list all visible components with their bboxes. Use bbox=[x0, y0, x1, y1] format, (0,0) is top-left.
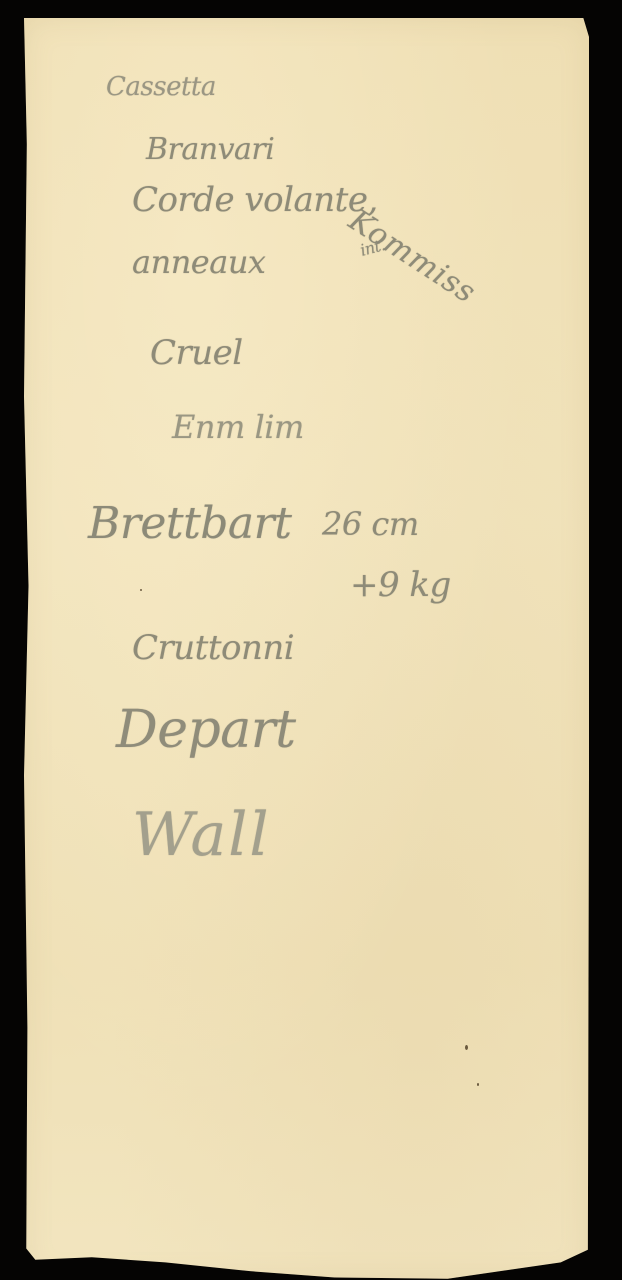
paper-speck bbox=[477, 1083, 479, 1086]
handwritten-line-enm-lim: Enm lim bbox=[172, 408, 304, 446]
handwritten-line-cruttonni: Cruttonni bbox=[132, 628, 294, 668]
paper-speck bbox=[465, 1045, 468, 1050]
handwritten-line-wall: Wall bbox=[132, 800, 271, 870]
handwritten-measure-kg: +9 kg bbox=[350, 565, 451, 605]
paper-speck bbox=[140, 589, 142, 591]
handwritten-line-cruel: Cruel bbox=[150, 333, 243, 373]
handwritten-line-branvari: Branvari bbox=[146, 132, 274, 167]
handwritten-line-corde-volante: Corde volante, bbox=[132, 180, 378, 220]
handwritten-line-depart: Depart bbox=[116, 700, 296, 760]
handwritten-measure-cm: 26 cm bbox=[322, 505, 419, 543]
handwritten-line-cassetta: Cassetta bbox=[106, 72, 216, 102]
handwritten-line-anneaux: anneaux bbox=[132, 243, 265, 281]
handwritten-line-brettbart: Brettbart bbox=[88, 498, 291, 549]
